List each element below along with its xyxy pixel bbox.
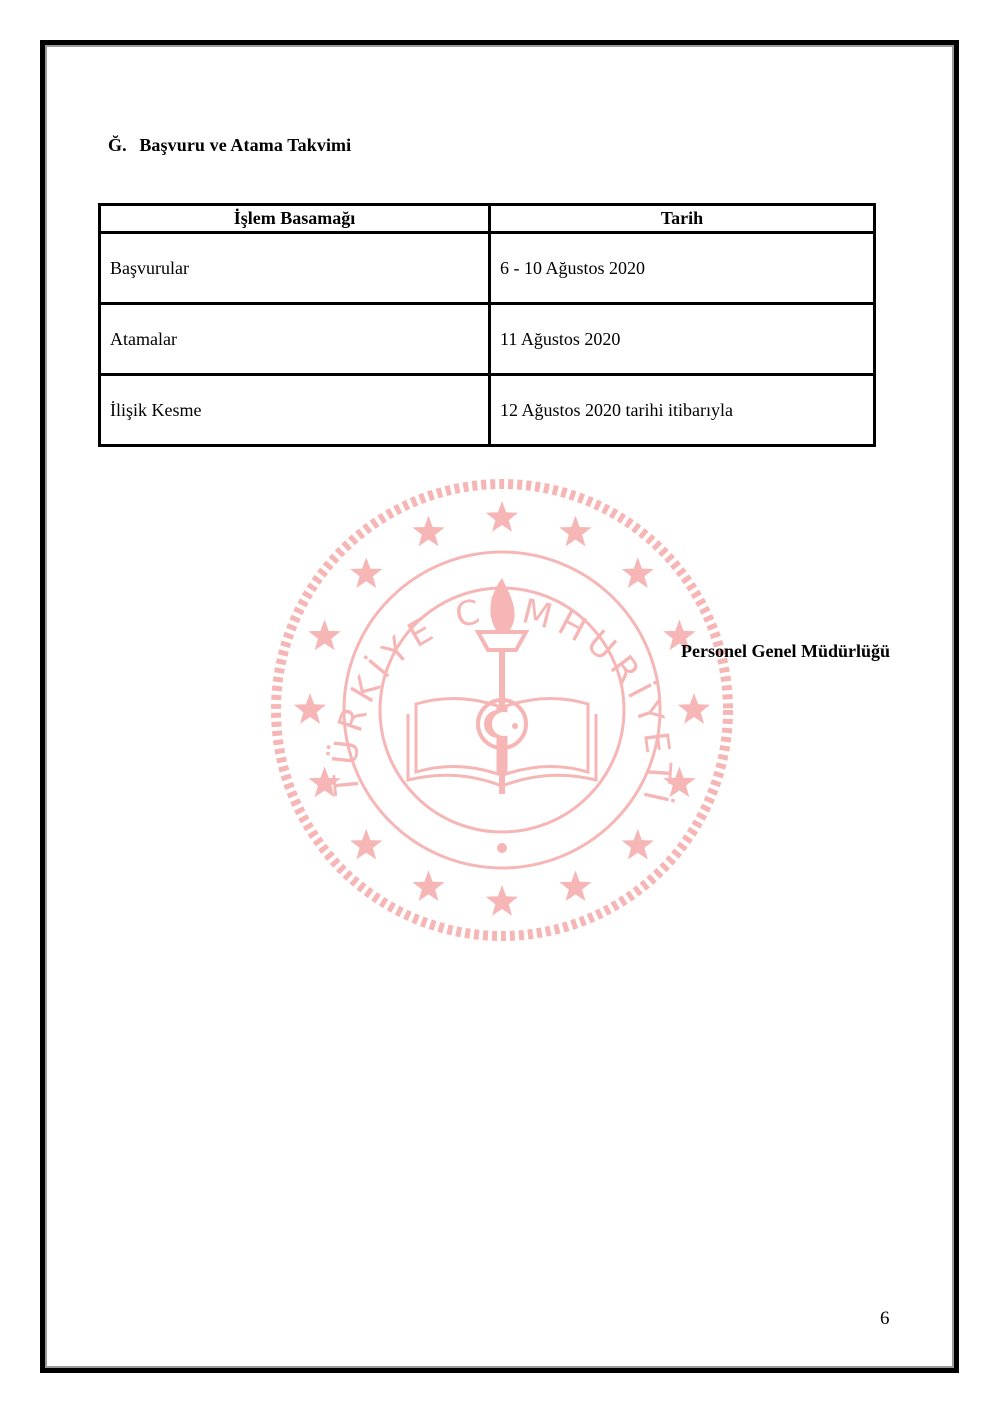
table-row: Atamalar 11 Ağustos 2020 [100,304,875,375]
date-cell: 6 - 10 Ağustos 2020 [490,233,875,304]
column-header-date: Tarih [490,205,875,233]
step-cell: İlişik Kesme [100,375,490,446]
section-heading: Ğ. Başvuru ve Atama Takvimi [108,135,351,156]
date-cell: 11 Ağustos 2020 [490,304,875,375]
step-cell: Atamalar [100,304,490,375]
section-title-text: Başvuru ve Atama Takvimi [139,135,351,155]
table-row: Başvurular 6 - 10 Ağustos 2020 [100,233,875,304]
signature-department: Personel Genel Müdürlüğü [681,641,890,662]
step-cell: Başvurular [100,233,490,304]
page-number: 6 [880,1308,890,1330]
section-letter: Ğ. [108,135,127,155]
table-header-row: İşlem Basamağı Tarih [100,205,875,233]
table-row: İlişik Kesme 12 Ağustos 2020 tarihi itib… [100,375,875,446]
date-cell: 12 Ağustos 2020 tarihi itibarıyla [490,375,875,446]
column-header-step: İşlem Basamağı [100,205,490,233]
schedule-table: İşlem Basamağı Tarih Başvurular 6 - 10 A… [98,203,876,447]
